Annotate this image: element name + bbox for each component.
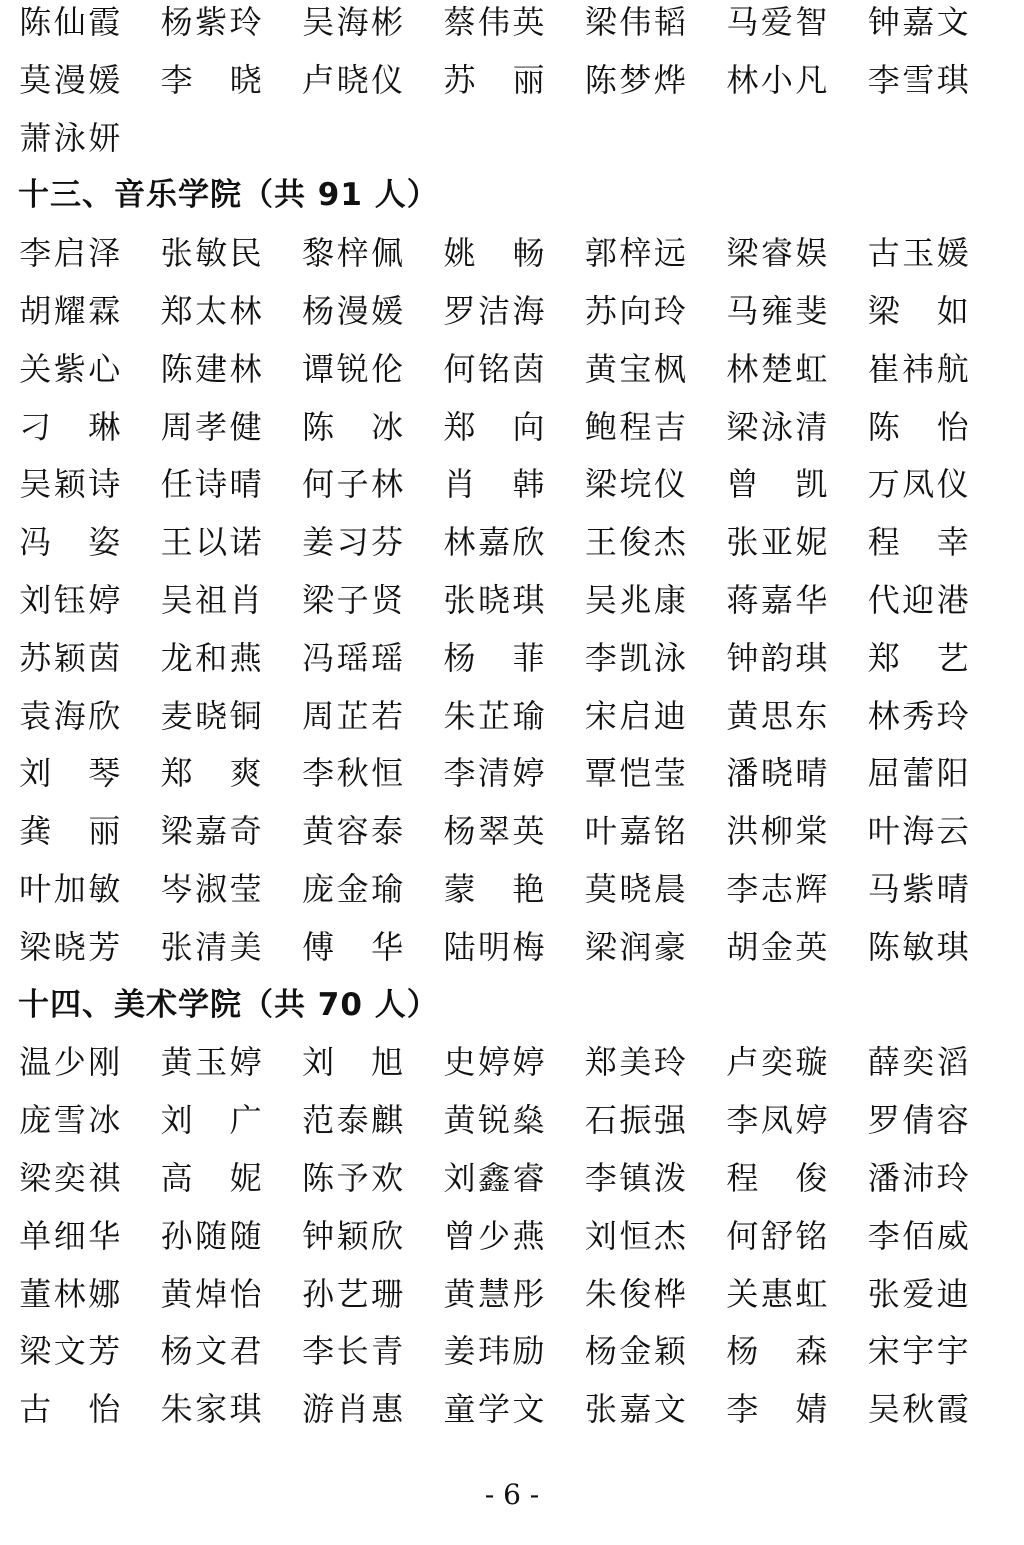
name-row: 叶加敏岑淑莹庞金瑜蒙艳莫晓晨李志辉马紫晴 xyxy=(18,861,1008,919)
person-name: 龚丽 xyxy=(18,803,159,861)
person-name: 李雪琪 xyxy=(867,52,1008,110)
name-row: 梁晓芳张清美傅华陆明梅梁润豪胡金英陈敏琪 xyxy=(18,919,1008,977)
person-name: 薛奕滔 xyxy=(867,1034,1008,1092)
person-name: 朱家琪 xyxy=(159,1381,300,1439)
person-name: 陈予欢 xyxy=(301,1150,442,1208)
person-name: 李启泽 xyxy=(18,225,159,283)
person-name: 刘琴 xyxy=(18,745,159,803)
person-name: 程幸 xyxy=(867,514,1008,572)
person-name: 林嘉欣 xyxy=(442,514,583,572)
person-name: 黄思东 xyxy=(725,688,866,746)
person-name: 冯瑶瑶 xyxy=(301,630,442,688)
person-name: 吴颖诗 xyxy=(18,456,159,514)
person-name: 张清美 xyxy=(159,919,300,977)
person-name: 梁伟韬 xyxy=(584,0,725,52)
name-list-page: 陈仙霞杨紫玲吴海彬蔡伟英梁伟韬马爱智钟嘉文莫漫媛李晓卢晓仪苏丽陈梦烨林小凡李雪琪… xyxy=(18,0,1008,1439)
name-row: 袁海欣麦晓铜周芷若朱芷瑜宋启迪黄思东林秀玲 xyxy=(18,688,1008,746)
person-name: 代迎港 xyxy=(867,572,1008,630)
person-name: 冯姿 xyxy=(18,514,159,572)
person-name: 袁海欣 xyxy=(18,688,159,746)
person-name: 梁睿娱 xyxy=(725,225,866,283)
person-name: 张晓琪 xyxy=(442,572,583,630)
person-name: 苏向玲 xyxy=(584,283,725,341)
person-name: 古怡 xyxy=(18,1381,159,1439)
person-name: 苏丽 xyxy=(442,52,583,110)
person-name: 吴兆康 xyxy=(584,572,725,630)
person-name: 黄锐燊 xyxy=(442,1092,583,1150)
person-name: 陆明梅 xyxy=(442,919,583,977)
person-name: 杨金颖 xyxy=(584,1323,725,1381)
person-name: 张敏民 xyxy=(159,225,300,283)
person-name: 刘钰婷 xyxy=(18,572,159,630)
person-name: 温少刚 xyxy=(18,1034,159,1092)
person-name: 李镇泼 xyxy=(584,1150,725,1208)
person-name: 张爱迪 xyxy=(867,1266,1008,1324)
name-row: 陈仙霞杨紫玲吴海彬蔡伟英梁伟韬马爱智钟嘉文 xyxy=(18,0,1008,52)
name-row: 董林娜黄焯怡孙艺珊黄慧彤朱俊桦关惠虹张爱迪 xyxy=(18,1266,1008,1324)
person-name: 杨菲 xyxy=(442,630,583,688)
person-name: 陈建林 xyxy=(159,341,300,399)
person-name: 刘恒杰 xyxy=(584,1208,725,1266)
person-name: 史婷婷 xyxy=(442,1034,583,1092)
name-row: 冯姿王以诺姜习芬林嘉欣王俊杰张亚妮程幸 xyxy=(18,514,1008,572)
person-name: 范泰麒 xyxy=(301,1092,442,1150)
person-name: 郑美玲 xyxy=(584,1034,725,1092)
person-name: 梁泳清 xyxy=(725,399,866,457)
name-row: 古怡朱家琪游肖惠童学文张嘉文李婧吴秋霞 xyxy=(18,1381,1008,1439)
person-name: 王俊杰 xyxy=(584,514,725,572)
person-name: 任诗晴 xyxy=(159,456,300,514)
person-name: 李秋恒 xyxy=(301,745,442,803)
person-name: 杨文君 xyxy=(159,1323,300,1381)
person-name: 杨漫媛 xyxy=(301,283,442,341)
person-name: 莫漫媛 xyxy=(18,52,159,110)
person-name: 苏颖茵 xyxy=(18,630,159,688)
person-name: 张亚妮 xyxy=(725,514,866,572)
person-name: 黎梓佩 xyxy=(301,225,442,283)
name-row: 刘钰婷吴祖肖梁子贤张晓琪吴兆康蒋嘉华代迎港 xyxy=(18,572,1008,630)
person-name: 朱俊桦 xyxy=(584,1266,725,1324)
person-name: 梁如 xyxy=(867,283,1008,341)
person-name: 萧泳妍 xyxy=(18,110,161,168)
person-name: 肖韩 xyxy=(442,456,583,514)
person-name: 黄焯怡 xyxy=(159,1266,300,1324)
person-name: 鲍程吉 xyxy=(584,399,725,457)
person-name: 曾凯 xyxy=(725,456,866,514)
person-name: 李婧 xyxy=(725,1381,866,1439)
person-name: 梁子贤 xyxy=(301,572,442,630)
person-name: 王以诺 xyxy=(159,514,300,572)
person-name: 刁琳 xyxy=(18,399,159,457)
person-name: 林楚虹 xyxy=(725,341,866,399)
person-name: 罗倩容 xyxy=(867,1092,1008,1150)
person-name: 叶海云 xyxy=(867,803,1008,861)
person-name: 李晓 xyxy=(159,52,300,110)
name-row: 单细华孙随随钟颖欣曾少燕刘恒杰何舒铭李佰威 xyxy=(18,1208,1008,1266)
person-name: 潘沛玲 xyxy=(867,1150,1008,1208)
person-name: 刘旭 xyxy=(301,1034,442,1092)
person-name: 程俊 xyxy=(725,1150,866,1208)
person-name: 古玉媛 xyxy=(867,225,1008,283)
name-row: 庞雪冰刘广范泰麒黄锐燊石振强李凤婷罗倩容 xyxy=(18,1092,1008,1150)
name-row: 苏颖茵龙和燕冯瑶瑶杨菲李凯泳钟韵琪郑艺 xyxy=(18,630,1008,688)
person-name: 黄容泰 xyxy=(301,803,442,861)
person-name: 李志辉 xyxy=(725,861,866,919)
person-name: 潘晓晴 xyxy=(725,745,866,803)
person-name: 周芷若 xyxy=(301,688,442,746)
person-name: 蒋嘉华 xyxy=(725,572,866,630)
person-name: 屈蕾阳 xyxy=(867,745,1008,803)
person-name: 蔡伟英 xyxy=(442,0,583,52)
person-name: 关惠虹 xyxy=(725,1266,866,1324)
person-name: 傅华 xyxy=(301,919,442,977)
person-name: 梁嘉奇 xyxy=(159,803,300,861)
person-name: 郑向 xyxy=(442,399,583,457)
person-name: 杨森 xyxy=(725,1323,866,1381)
person-name: 石振强 xyxy=(584,1092,725,1150)
person-name: 陈仙霞 xyxy=(18,0,159,52)
person-name: 梁润豪 xyxy=(584,919,725,977)
person-name: 陈冰 xyxy=(301,399,442,457)
person-name: 宋启迪 xyxy=(584,688,725,746)
section-heading: 十三、音乐学院（共 91 人） xyxy=(18,167,1008,225)
person-name: 何铭茵 xyxy=(442,341,583,399)
person-name: 钟颖欣 xyxy=(301,1208,442,1266)
person-name: 崔祎航 xyxy=(867,341,1008,399)
person-name: 梁晓芳 xyxy=(18,919,159,977)
person-name: 张嘉文 xyxy=(584,1381,725,1439)
person-name: 卢晓仪 xyxy=(301,52,442,110)
person-name: 游肖惠 xyxy=(301,1381,442,1439)
person-name: 李佰威 xyxy=(867,1208,1008,1266)
person-name: 黄玉婷 xyxy=(159,1034,300,1092)
name-row: 李启泽张敏民黎梓佩姚畅郭梓远梁睿娱古玉媛 xyxy=(18,225,1008,283)
person-name: 杨翠英 xyxy=(442,803,583,861)
person-name: 孙艺珊 xyxy=(301,1266,442,1324)
person-name: 莫晓晨 xyxy=(584,861,725,919)
person-name: 马爱智 xyxy=(725,0,866,52)
person-name: 李长青 xyxy=(301,1323,442,1381)
person-name: 关紫心 xyxy=(18,341,159,399)
person-name: 万凤仪 xyxy=(867,456,1008,514)
person-name: 董林娜 xyxy=(18,1266,159,1324)
person-name: 郑艺 xyxy=(867,630,1008,688)
person-name: 罗洁海 xyxy=(442,283,583,341)
person-name: 陈怡 xyxy=(867,399,1008,457)
person-name: 刘广 xyxy=(159,1092,300,1150)
person-name: 林小凡 xyxy=(725,52,866,110)
person-name: 洪柳棠 xyxy=(725,803,866,861)
person-name: 龙和燕 xyxy=(159,630,300,688)
person-name: 陈敏琪 xyxy=(867,919,1008,977)
person-name: 蒙艳 xyxy=(442,861,583,919)
person-name: 何舒铭 xyxy=(725,1208,866,1266)
person-name: 朱芷瑜 xyxy=(442,688,583,746)
person-name: 单细华 xyxy=(18,1208,159,1266)
name-row: 龚丽梁嘉奇黄容泰杨翠英叶嘉铭洪柳棠叶海云 xyxy=(18,803,1008,861)
person-name: 陈梦烨 xyxy=(584,52,725,110)
person-name: 钟韵琪 xyxy=(725,630,866,688)
name-row: 吴颖诗任诗晴何子林肖韩梁垸仪曾凯万凤仪 xyxy=(18,456,1008,514)
person-name: 姜玮励 xyxy=(442,1323,583,1381)
person-name: 梁文芳 xyxy=(18,1323,159,1381)
person-name: 黄宝枫 xyxy=(584,341,725,399)
person-name: 童学文 xyxy=(442,1381,583,1439)
name-row: 萧泳妍 xyxy=(18,110,1008,168)
person-name: 李凯泳 xyxy=(584,630,725,688)
name-row: 温少刚黄玉婷刘旭史婷婷郑美玲卢奕璇薛奕滔 xyxy=(18,1034,1008,1092)
person-name: 叶嘉铭 xyxy=(584,803,725,861)
person-name: 郑太林 xyxy=(159,283,300,341)
person-name: 钟嘉文 xyxy=(867,0,1008,52)
page-number: - 6 - xyxy=(0,1478,1024,1511)
name-row: 梁文芳杨文君李长青姜玮励杨金颖杨森宋宇宇 xyxy=(18,1323,1008,1381)
person-name: 胡金英 xyxy=(725,919,866,977)
name-row: 莫漫媛李晓卢晓仪苏丽陈梦烨林小凡李雪琪 xyxy=(18,52,1008,110)
person-name: 刘鑫睿 xyxy=(442,1150,583,1208)
person-name: 叶加敏 xyxy=(18,861,159,919)
person-name: 周孝健 xyxy=(159,399,300,457)
name-row: 刁琳周孝健陈冰郑向鲍程吉梁泳清陈怡 xyxy=(18,399,1008,457)
person-name: 高妮 xyxy=(159,1150,300,1208)
person-name: 吴祖肖 xyxy=(159,572,300,630)
person-name: 郭梓远 xyxy=(584,225,725,283)
section-heading: 十四、美术学院（共 70 人） xyxy=(18,977,1008,1035)
person-name: 马紫晴 xyxy=(867,861,1008,919)
person-name: 庞雪冰 xyxy=(18,1092,159,1150)
person-name: 吴秋霞 xyxy=(867,1381,1008,1439)
person-name: 梁奕祺 xyxy=(18,1150,159,1208)
name-row: 关紫心陈建林谭锐伦何铭茵黄宝枫林楚虹崔祎航 xyxy=(18,341,1008,399)
person-name: 谭锐伦 xyxy=(301,341,442,399)
name-row: 梁奕祺高妮陈予欢刘鑫睿李镇泼程俊潘沛玲 xyxy=(18,1150,1008,1208)
person-name: 吴海彬 xyxy=(301,0,442,52)
person-name: 胡耀霖 xyxy=(18,283,159,341)
person-name: 林秀玲 xyxy=(867,688,1008,746)
person-name: 何子林 xyxy=(301,456,442,514)
person-name: 岑淑莹 xyxy=(159,861,300,919)
person-name: 马雍斐 xyxy=(725,283,866,341)
person-name: 姜习芬 xyxy=(301,514,442,572)
person-name: 杨紫玲 xyxy=(159,0,300,52)
person-name: 孙随随 xyxy=(159,1208,300,1266)
person-name: 曾少燕 xyxy=(442,1208,583,1266)
person-name: 李凤婷 xyxy=(725,1092,866,1150)
name-row: 刘琴郑爽李秋恒李清婷覃恺莹潘晓晴屈蕾阳 xyxy=(18,745,1008,803)
person-name: 麦晓铜 xyxy=(159,688,300,746)
person-name: 庞金瑜 xyxy=(301,861,442,919)
person-name: 覃恺莹 xyxy=(584,745,725,803)
person-name: 郑爽 xyxy=(159,745,300,803)
person-name: 李清婷 xyxy=(442,745,583,803)
person-name: 卢奕璇 xyxy=(725,1034,866,1092)
name-row: 胡耀霖郑太林杨漫媛罗洁海苏向玲马雍斐梁如 xyxy=(18,283,1008,341)
person-name: 黄慧彤 xyxy=(442,1266,583,1324)
person-name: 梁垸仪 xyxy=(584,456,725,514)
person-name: 宋宇宇 xyxy=(867,1323,1008,1381)
person-name: 姚畅 xyxy=(442,225,583,283)
